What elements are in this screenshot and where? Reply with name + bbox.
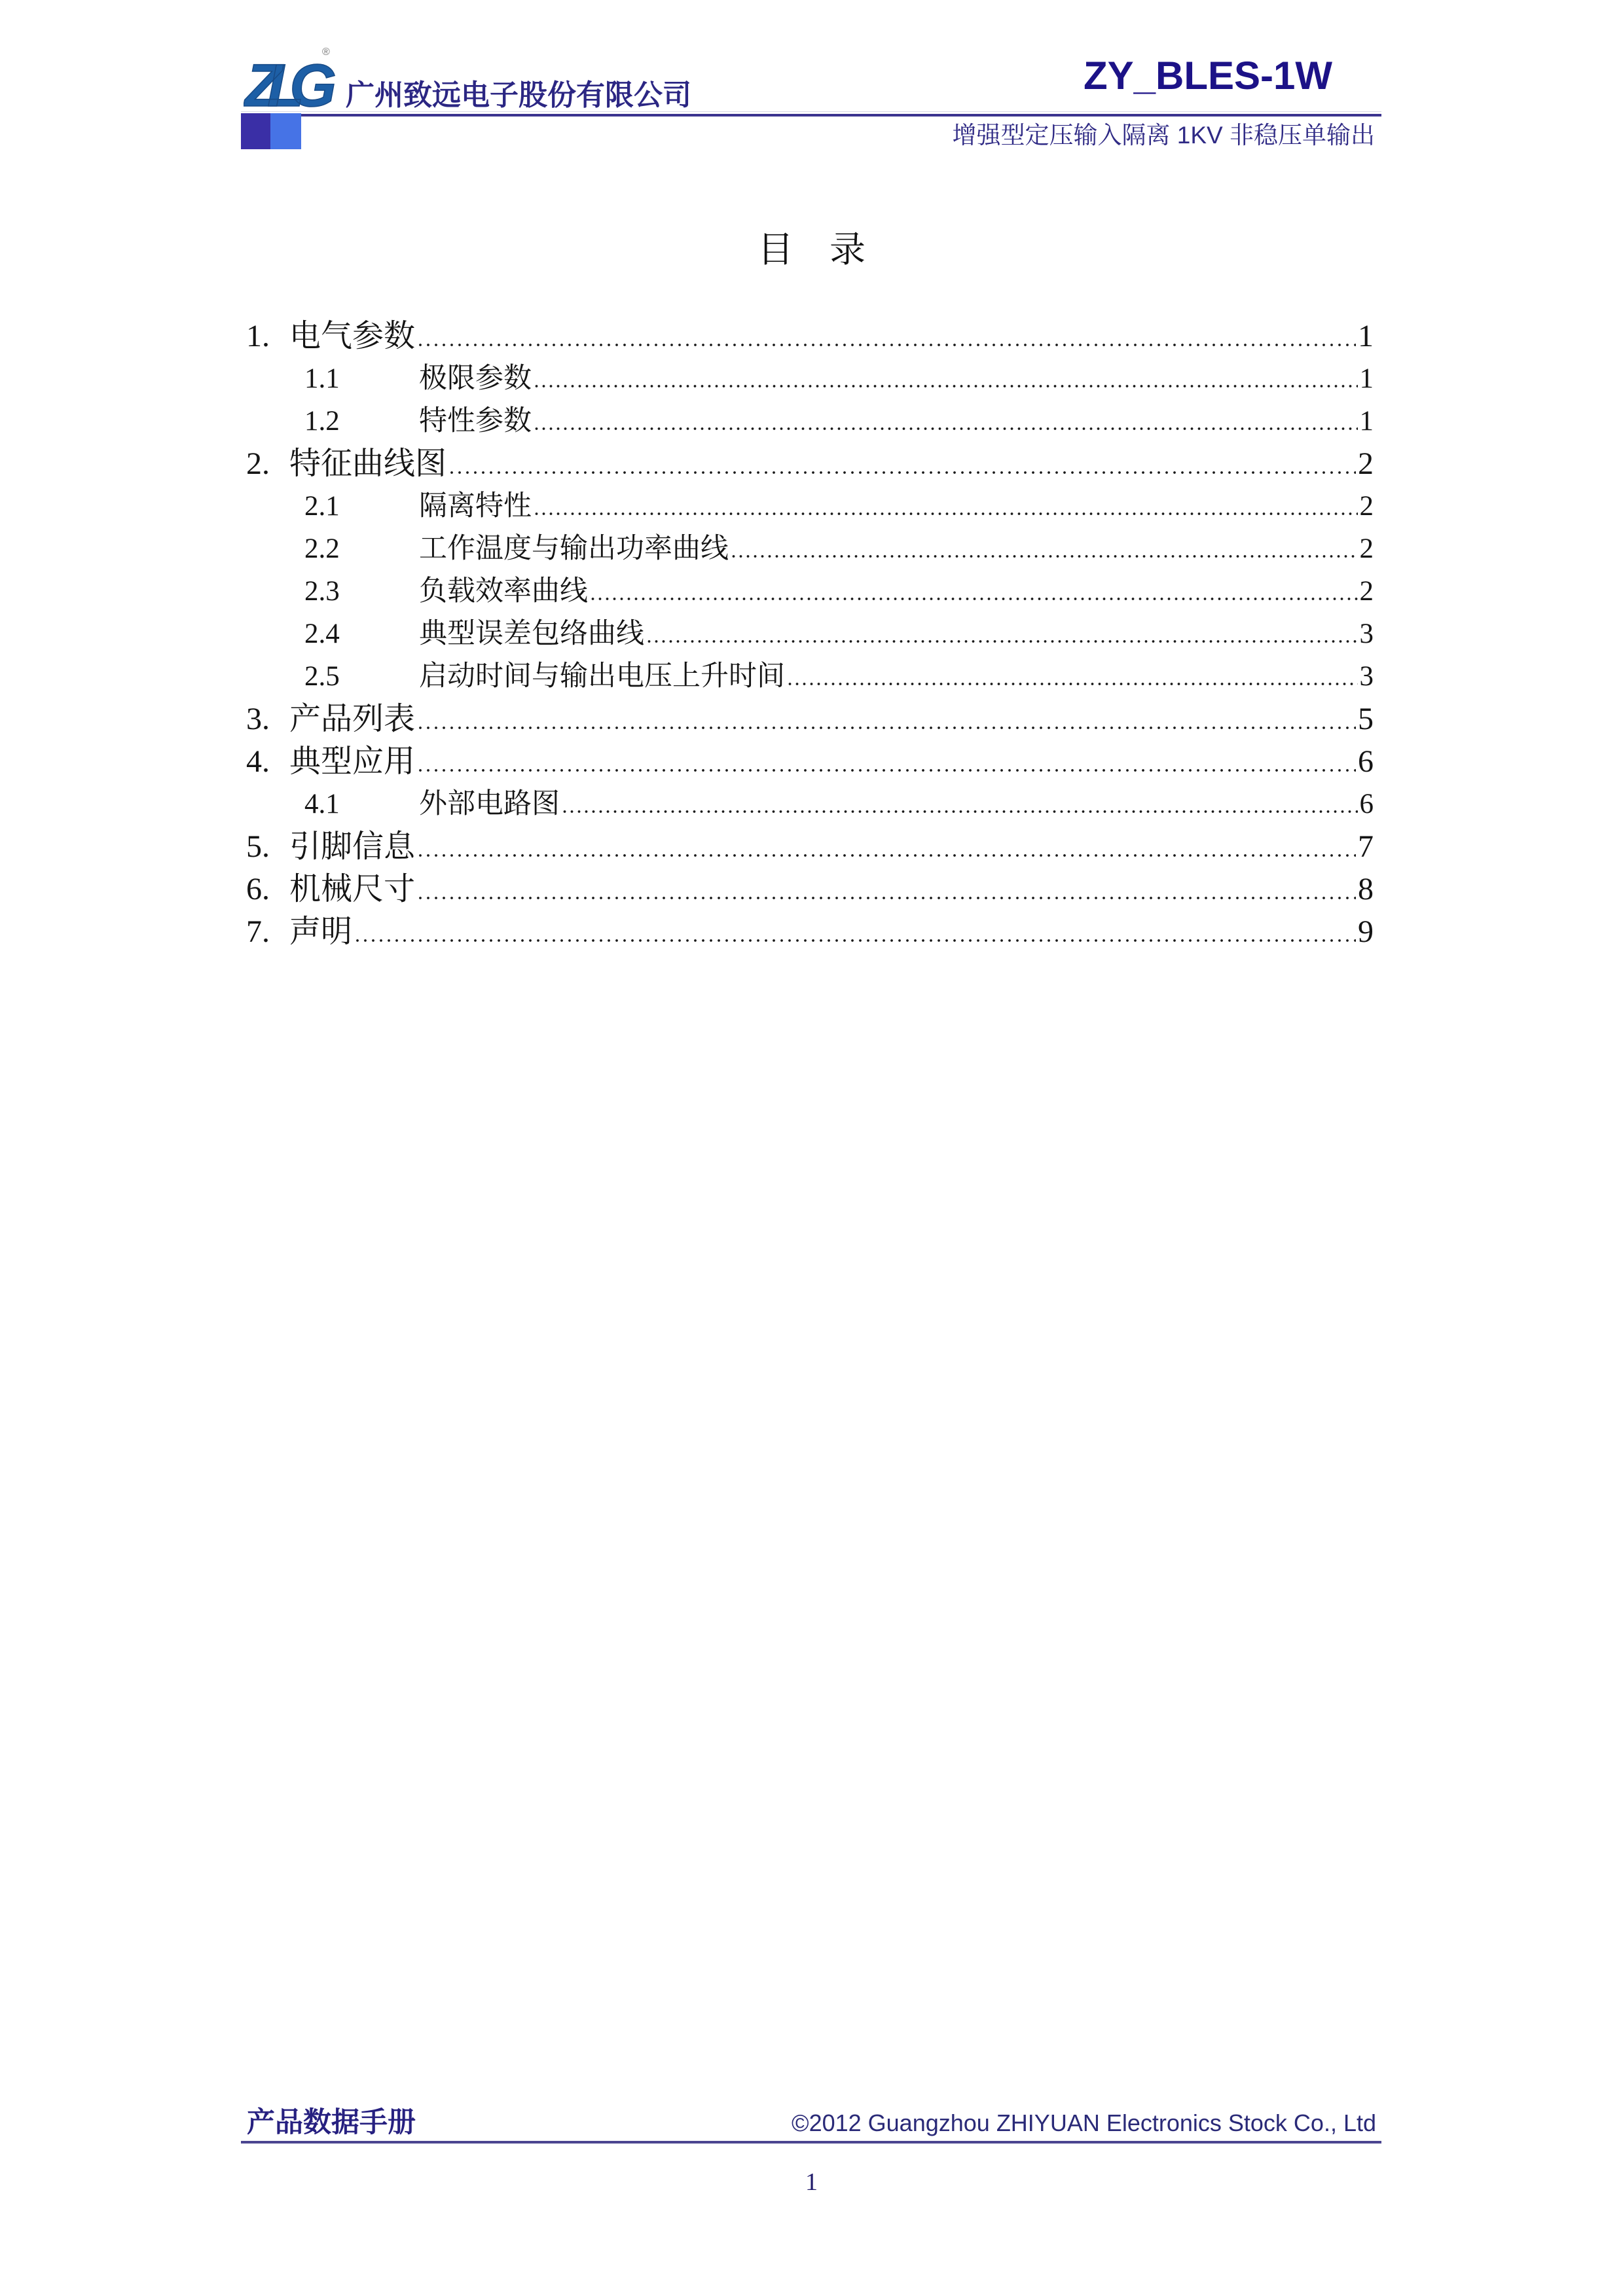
toc-entry-page: 8 [1358, 868, 1374, 910]
toc-entry-number: 2. [246, 442, 289, 485]
toc-entry-label: 极限参数 [419, 357, 532, 400]
toc-entry-label: 外部电路图 [419, 783, 560, 825]
toc-entry-page: 7 [1358, 825, 1374, 868]
toc-entry[interactable]: 2.1 隔离特性 2 [246, 485, 1374, 528]
toc-entry-page: 2 [1360, 528, 1374, 570]
toc-entry-page: 2 [1360, 485, 1374, 528]
toc-entry-page: 6 [1358, 740, 1374, 783]
toc-entry[interactable]: 4. 典型应用 6 [246, 740, 1374, 783]
dot-leader [416, 897, 1356, 899]
dot-leader [533, 427, 1358, 430]
dot-leader [416, 769, 1356, 772]
header-rule [241, 114, 1381, 117]
toc-heading: 目 录 [0, 230, 1623, 270]
toc-entry-page: 3 [1360, 655, 1374, 698]
dot-leader [561, 810, 1358, 813]
toc-entry-page: 9 [1358, 910, 1374, 953]
toc-entry-number: 2.5 [304, 655, 419, 698]
svg-text:ZLG: ZLG [244, 52, 335, 114]
toc-entry[interactable]: 1. 电气参数 1 [246, 315, 1374, 357]
toc-entry-label: 启动时间与输出电压上升时间 [419, 655, 785, 698]
toc-entry-number: 2.4 [304, 613, 419, 655]
toc-entry-number: 1. [246, 315, 289, 357]
toc-entry[interactable]: 3. 产品列表 5 [246, 698, 1374, 740]
dot-leader [416, 854, 1356, 857]
toc-entry-label: 特性参数 [419, 400, 532, 442]
dot-leader [646, 640, 1358, 643]
toc-entry-label: 引脚信息 [289, 825, 415, 868]
toc-entry[interactable]: 2.5 启动时间与输出电压上升时间 3 [246, 655, 1374, 698]
header-decor-block-purple [241, 113, 270, 149]
toc-entry-page: 2 [1358, 442, 1374, 485]
toc-entry-label: 隔离特性 [419, 485, 532, 528]
toc-entry[interactable]: 1.1 极限参数 1 [246, 357, 1374, 400]
footer-copyright: ©2012 Guangzhou ZHIYUAN Electronics Stoc… [792, 2110, 1376, 2136]
dot-leader [448, 471, 1356, 474]
toc-entry-label: 典型应用 [289, 740, 415, 783]
toc-entry-page: 2 [1360, 570, 1374, 613]
toc-entry-number: 2.2 [304, 528, 419, 570]
toc-entry-number: 7. [246, 910, 289, 953]
toc-entry[interactable]: 7. 声明 9 [246, 910, 1374, 953]
footer-rule [241, 2141, 1381, 2144]
document-subtitle: 增强型定压输入隔离 1KV 非稳压单输出 [953, 123, 1376, 147]
dot-leader [589, 598, 1358, 600]
toc-entry[interactable]: 2. 特征曲线图 2 [246, 442, 1374, 485]
dot-leader [416, 726, 1356, 729]
dot-leader [416, 344, 1356, 346]
toc-entry[interactable]: 2.2 工作温度与输出功率曲线 2 [246, 528, 1374, 570]
dot-leader [533, 385, 1358, 387]
toc-entry-number: 2.3 [304, 570, 419, 613]
toc-entry-number: 2.1 [304, 485, 419, 528]
dot-leader [354, 939, 1356, 942]
page-number: 1 [0, 2169, 1623, 2195]
toc-entry-number: 1.2 [304, 400, 419, 442]
toc-entry-label: 声明 [289, 910, 352, 953]
toc-entry[interactable]: 4.1 外部电路图 6 [246, 783, 1374, 825]
toc-entry-page: 1 [1360, 400, 1374, 442]
toc-entry-label: 典型误差包络曲线 [419, 613, 644, 655]
document-title: ZY_BLES-1W [1084, 56, 1332, 96]
toc-entry-number: 5. [246, 825, 289, 868]
toc-entry-label: 产品列表 [289, 698, 415, 740]
toc-entry[interactable]: 6. 机械尺寸 8 [246, 868, 1374, 910]
toc-entry-label: 特征曲线图 [289, 442, 447, 485]
toc-entry-page: 1 [1360, 357, 1374, 400]
toc-entry[interactable]: 1.2 特性参数 1 [246, 400, 1374, 442]
header-decor-block-blue [270, 113, 301, 149]
toc-entry-page: 3 [1360, 613, 1374, 655]
header-rule-light [241, 111, 1381, 112]
toc-entry-page: 5 [1358, 698, 1374, 740]
toc-entry[interactable]: 2.3 负载效率曲线 2 [246, 570, 1374, 613]
toc-entry-page: 1 [1358, 315, 1374, 357]
dot-leader [533, 512, 1358, 515]
toc-entry-label: 负载效率曲线 [419, 570, 588, 613]
company-name: 广州致远电子股份有限公司 [346, 81, 691, 110]
toc-entry-label: 工作温度与输出功率曲线 [419, 528, 729, 570]
toc-entry-number: 4. [246, 740, 289, 783]
toc-entry-page: 6 [1360, 783, 1374, 825]
toc-entry-number: 4.1 [304, 783, 419, 825]
zlg-logo-icon: ZLG ® [244, 41, 335, 114]
registered-mark-icon: ® [322, 46, 330, 58]
dot-leader [730, 555, 1358, 558]
toc-entry-number: 1.1 [304, 357, 419, 400]
toc-entry-number: 3. [246, 698, 289, 740]
toc-entry-label: 机械尺寸 [289, 868, 415, 910]
toc-entry[interactable]: 5. 引脚信息 7 [246, 825, 1374, 868]
toc-entry[interactable]: 2.4 典型误差包络曲线 3 [246, 613, 1374, 655]
dot-leader [786, 683, 1358, 685]
toc-entry-label: 电气参数 [289, 315, 415, 357]
table-of-contents: 1. 电气参数 1 1.1 极限参数 1 1.2 特性参数 1 2. 特征曲线图… [246, 315, 1374, 953]
footer-doc-type: 产品数据手册 [247, 2108, 416, 2138]
toc-entry-number: 6. [246, 868, 289, 910]
company-logo: ZLG ® [244, 41, 335, 114]
